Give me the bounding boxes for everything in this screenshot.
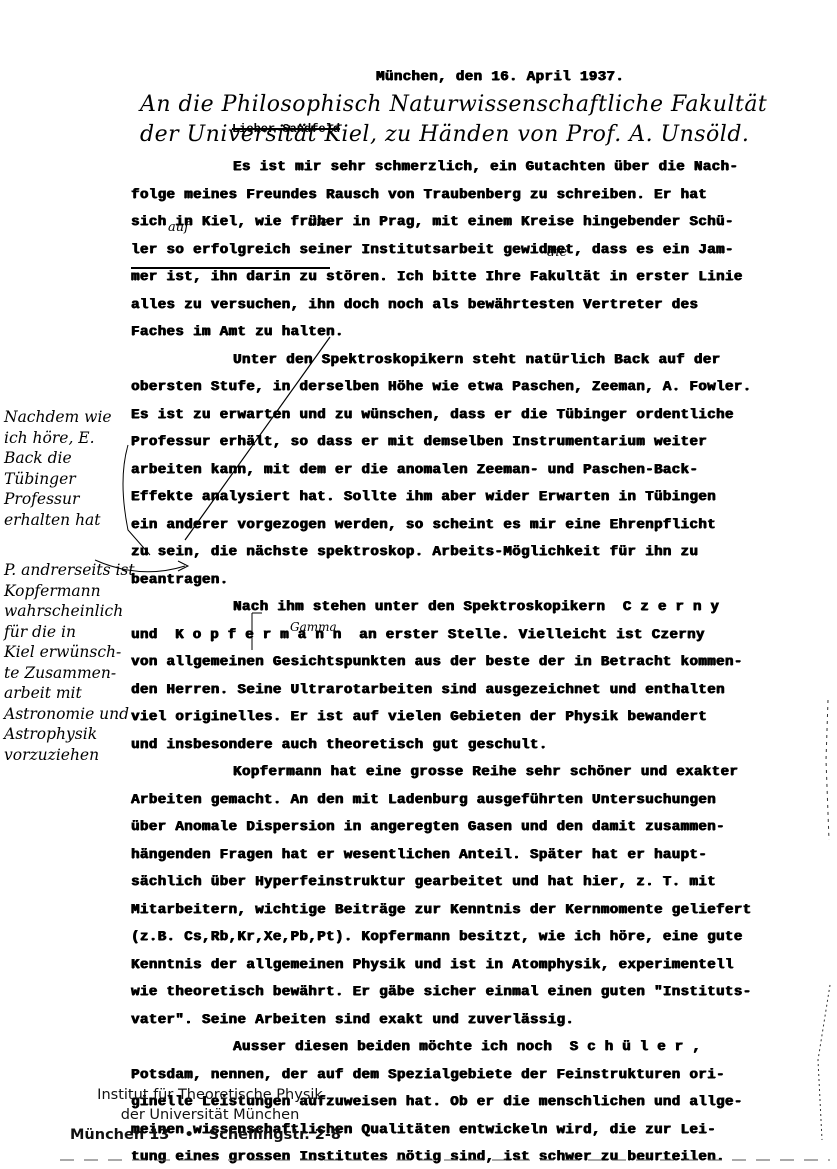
stamp-city: München 13 — [70, 1127, 169, 1143]
body-line: sich in Kiel, wie früher in Prag, mit ei… — [131, 209, 831, 237]
margin-note-kopfermann: P. andrerseits ist Kopfermann wahrschein… — [4, 560, 135, 765]
handwritten-insert-gamma: Gamma — [290, 620, 337, 634]
body-line: hängenden Fragen hat er wesentlichen Ant… — [131, 842, 831, 870]
body-line: von allgemeinen Gesichtspunkten aus der … — [131, 649, 831, 677]
handwritten-insert-die: die — [308, 215, 328, 230]
body-line: Effekte analysiert hat. Sollte ihm aber … — [131, 484, 831, 512]
body-line: Es ist zu erwarten und zu wünschen, dass… — [131, 402, 831, 430]
stamp-street: Schellingstr. 2-8 — [209, 1127, 341, 1143]
body-line: vater". Seine Arbeiten sind exakt und zu… — [131, 1007, 831, 1035]
body-line: und Kopfermann an erster Stelle. Viellei… — [131, 622, 831, 650]
body-line: beantragen. — [131, 567, 831, 595]
body-line: folge meines Freundes Rausch von Trauben… — [131, 182, 831, 210]
body-line: zu sein, die nächste spektroskop. Arbeit… — [131, 539, 831, 567]
body-line: Es ist mir sehr schmerzlich, ein Gutacht… — [131, 154, 831, 182]
body-line: arbeiten kann, mit dem er die anomalen Z… — [131, 457, 831, 485]
body-line: Kenntnis der allgemeinen Physik und ist … — [131, 952, 831, 980]
handwritten-insert-auf: auf — [168, 220, 189, 235]
body-line: alles zu versuchen, ihn doch noch als be… — [131, 292, 831, 320]
spaced-name: Schüler — [552, 1039, 692, 1055]
body-line: sächlich über Hyperfeinstruktur gearbeit… — [131, 869, 831, 897]
body-line: wie theoretisch bewährt. Er gäbe sicher … — [131, 979, 831, 1007]
stamp-separator: • — [184, 1127, 193, 1143]
dateline: München, den 16. April 1937. — [376, 64, 624, 92]
letter-body: Es ist mir sehr schmerzlich, ein Gutacht… — [131, 154, 831, 1169]
body-line: Ausser diesen beiden möchte ich noch Sch… — [131, 1034, 831, 1062]
body-line: mer ist, ihn darin zu stören. Ich bitte … — [131, 264, 831, 292]
body-line: tung eines grossen Institutes nötig sind… — [131, 1144, 831, 1169]
stamp-line-3: München 13 • Schellingstr. 2-8 — [60, 1125, 360, 1145]
handwritten-address-line-2: der Universität Kiel, zu Händen von Prof… — [140, 122, 749, 147]
body-line: über Anomale Dispersion in angeregten Ga… — [131, 814, 831, 842]
body-line: und insbesondere auch theoretisch gut ge… — [131, 732, 831, 760]
body-line: Kopfermann hat eine grosse Reihe sehr sc… — [131, 759, 831, 787]
body-line: den Herren. Seine Ultrarotarbeiten sind … — [131, 677, 831, 705]
institute-stamp: Institut für Theoretische Physik der Uni… — [60, 1085, 360, 1145]
body-line: (z.B. Cs,Rb,Kr,Xe,Pb,Pt). Kopfermann bes… — [131, 924, 831, 952]
body-line: obersten Stufe, in derselben Höhe wie et… — [131, 374, 831, 402]
body-line: Nach ihm stehen unter den Spektroskopike… — [131, 594, 831, 622]
body-line: ler so erfolgreich seiner Institutsarbei… — [131, 237, 831, 265]
stamp-line-2: der Universität München — [60, 1105, 360, 1125]
handwritten-address-line-1: An die Philosophisch Naturwissenschaftli… — [140, 92, 767, 117]
body-line: ein anderer vorgezogen werden, so schein… — [131, 512, 831, 540]
handwritten-insert-die: die — [547, 245, 567, 260]
stamp-line-1: Institut für Theoretische Physik — [60, 1085, 360, 1105]
body-line: viel originelles. Er ist auf vielen Gebi… — [131, 704, 831, 732]
body-line: Faches im Amt zu halten. — [131, 319, 831, 347]
body-line: Mitarbeitern, wichtige Beiträge zur Kenn… — [131, 897, 831, 925]
letter-page: München, den 16. April 1937. An die Phil… — [0, 0, 837, 1169]
body-line: Professur erhält, so dass er mit demselb… — [131, 429, 831, 457]
spaced-name: Czerny — [605, 599, 728, 615]
margin-note-back: Nachdem wie ich höre, E. Back die Tübing… — [4, 407, 112, 530]
body-line: Arbeiten gemacht. An den mit Ladenburg a… — [131, 787, 831, 815]
body-line: Unter den Spektroskopikern steht natürli… — [131, 347, 831, 375]
